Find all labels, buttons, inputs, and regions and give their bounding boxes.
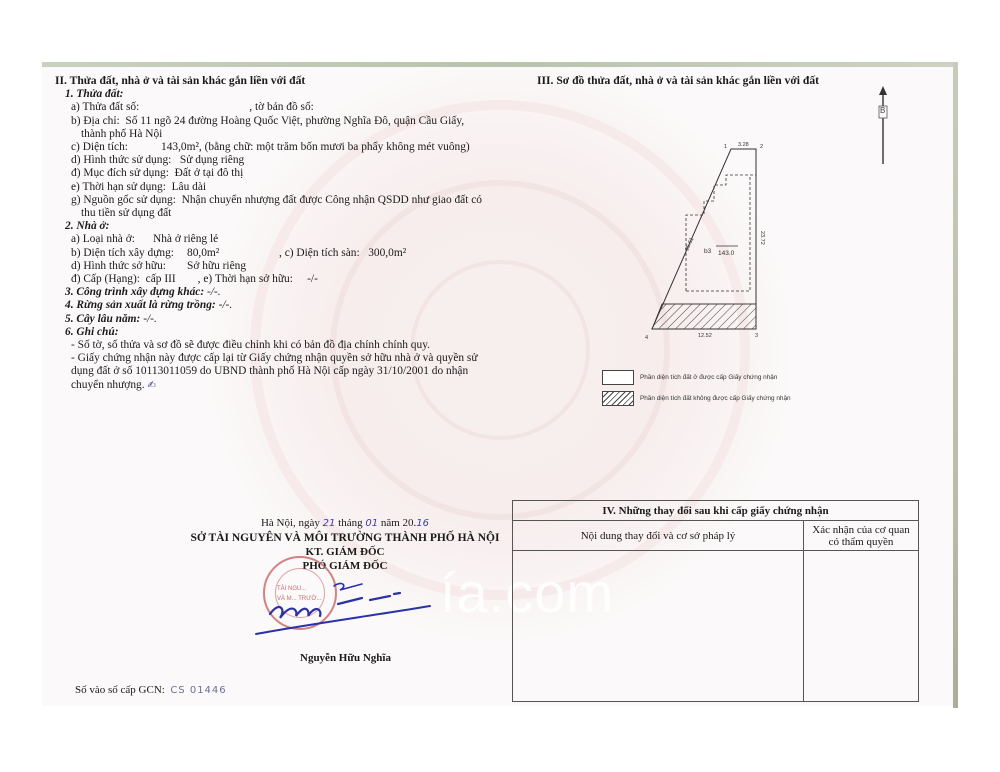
house-build-area: b) Diện tích xây dựng:80,0m², c) Diện tí… — [55, 247, 495, 260]
svg-text:23.72: 23.72 — [759, 231, 765, 245]
planted-forest: 4. Rừng sản xuất là rừng trồng: -/-. — [55, 299, 495, 312]
column-header-change-content: Nội dung thay đổi và cơ sở pháp lý — [513, 521, 804, 551]
land-use-form: d) Hình thức sử dụng: Sử dụng riêng — [55, 154, 495, 167]
hatched-box-icon — [602, 391, 634, 406]
parcel-diagram: 1 2 3 4 3.28 12.52 23.72 25.51 b3 143.0 — [640, 135, 790, 345]
house-type: a) Loại nhà ở:Nhà ở riêng lẻ — [55, 233, 495, 246]
section-land-house: II. Thửa đất, nhà ở và tài sản khác gắn … — [55, 74, 495, 392]
section3-title: III. Sơ đồ thửa đất, nhà ở và tài sản kh… — [537, 74, 819, 87]
diagram-legend: Phần diện tích đất ở được cấp Giấy chứng… — [602, 367, 791, 409]
section4-title: IV. Những thay đổi sau khi cấp giấy chứn… — [513, 501, 919, 521]
registry-number: Số vào số cấp GCN: CS 01446 — [75, 684, 227, 696]
signer-name: Nguyễn Hữu Nghĩa — [300, 652, 391, 664]
changes-table: IV. Những thay đổi sau khi cấp giấy chứn… — [512, 500, 919, 702]
north-arrow: B — [876, 86, 890, 171]
land-use-term: e) Thời hạn sử dụng: Lâu dài — [55, 181, 495, 194]
note-item: - Giấy chứng nhận này được cấp lại từ Gi… — [55, 352, 481, 392]
house-heading: 2. Nhà ở: — [55, 220, 495, 233]
land-parcel-number: a) Thửa đất số:, tờ bản đồ số: — [55, 101, 495, 114]
svg-text:b3: b3 — [704, 248, 712, 255]
land-origin-cont: thu tiền sử dụng đất — [55, 207, 495, 220]
land-origin: g) Nguồn gốc sử dụng: Nhận chuyển nhượng… — [55, 194, 495, 207]
land-heading: 1. Thửa đất: — [55, 88, 495, 101]
house-ownership: d) Hình thức sở hữu:Sở hữu riêng — [55, 260, 495, 273]
svg-text:2: 2 — [760, 144, 763, 150]
issuing-organization: SỞ TÀI NGUYÊN VÀ MÔI TRƯỜNG THÀNH PHỐ HÀ… — [190, 531, 500, 545]
issue-date: Hà Nội, ngày 21 tháng 01 năm 20.16 — [190, 516, 500, 531]
svg-text:143.0: 143.0 — [718, 250, 735, 257]
scan-edge-top — [42, 62, 956, 67]
change-content-cell — [513, 551, 804, 702]
notes-heading: 6. Ghi chú: — [55, 326, 495, 339]
svg-text:4: 4 — [645, 335, 648, 341]
section2-title: II. Thửa đất, nhà ở và tài sản khác gắn … — [55, 74, 495, 87]
land-use-purpose: đ) Mục đích sử dụng: Đất ở tại đô thị — [55, 167, 495, 180]
scan-edge-right — [953, 62, 958, 708]
svg-text:1: 1 — [724, 144, 727, 150]
land-area: c) Diện tích:143,0m², (bằng chữ: một tră… — [55, 141, 495, 154]
handwritten-signature — [250, 580, 440, 640]
authority-confirmation-cell — [804, 551, 919, 702]
north-arrow-icon — [876, 86, 890, 166]
land-address-cont: thành phố Hà Nội — [55, 128, 495, 141]
land-address: b) Địa chỉ: Số 11 ngõ 24 đường Hoàng Quố… — [55, 115, 495, 128]
svg-text:3: 3 — [755, 333, 758, 339]
other-construction: 3. Công trình xây dựng khác: -/-. — [55, 286, 495, 299]
blank-box-icon — [602, 370, 634, 385]
legend-item-certified: Phần diện tích đất ở được cấp Giấy chứng… — [602, 367, 791, 388]
svg-text:12.52: 12.52 — [698, 333, 712, 339]
initial-mark: ✍ — [147, 380, 155, 391]
house-grade: đ) Cấp (Hạng): cấp III, e) Thời hạn sở h… — [55, 273, 495, 286]
perennial-trees: 5. Cây lâu năm: -/-. — [55, 313, 495, 326]
legend-item-uncertified: Phần diện tích đất không được cấp Giấy c… — [602, 388, 791, 409]
note-item: - Số tờ, số thửa và sơ đồ sẽ được điều c… — [55, 339, 495, 352]
signer-role: KT. GIÁM ĐỐC — [190, 545, 500, 559]
column-header-authority-confirmation: Xác nhận của cơ quan có thẩm quyền — [804, 521, 919, 551]
svg-text:3.28: 3.28 — [738, 142, 749, 148]
